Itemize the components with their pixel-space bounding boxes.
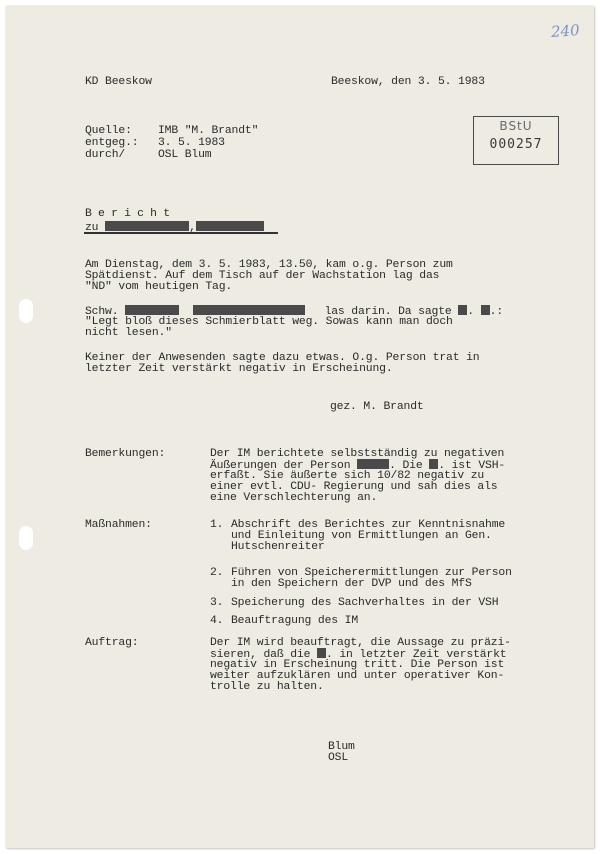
- measure-line: Hutschenreiter: [231, 541, 325, 553]
- by-value: OSL Blum: [158, 149, 211, 161]
- measure-line: Speicherung des Sachverhaltes in der VSH: [231, 597, 498, 609]
- redaction: [193, 305, 305, 315]
- redaction: [317, 648, 326, 658]
- measure-number: 2.: [210, 567, 223, 579]
- para2-line: nicht lesen.": [85, 327, 172, 339]
- place-date: Beeskow, den 3. 5. 1983: [331, 76, 485, 88]
- punch-hole: [19, 299, 33, 323]
- received-label: entgeg.:: [85, 137, 138, 149]
- source-label: Quelle:: [85, 125, 132, 137]
- assignment-label: Auftrag:: [85, 637, 138, 649]
- stamp-agency: BStU: [474, 119, 558, 133]
- measure-number: 4.: [210, 615, 223, 627]
- redaction: [125, 305, 179, 315]
- measures-label: Maßnahmen:: [85, 519, 152, 531]
- redaction: [105, 221, 189, 231]
- source-value: IMB "M. Brandt": [158, 125, 258, 137]
- redaction: [196, 221, 264, 231]
- redaction: [458, 305, 467, 315]
- assignment-line: trolle zu halten.: [210, 681, 324, 693]
- stamp-number: 000257: [474, 137, 558, 152]
- para3-line: letzter Zeit verstärkt negativ in Ersche…: [85, 363, 393, 375]
- measure-line: Beauftragung des IM: [231, 615, 358, 627]
- para1-line: "ND" vom heutigen Tag.: [85, 281, 232, 293]
- subject-underline: [84, 232, 278, 234]
- sender: KD Beeskow: [85, 76, 152, 88]
- measure-number: 3.: [210, 597, 223, 609]
- remarks-line: eine Verschlechterung an.: [210, 492, 377, 504]
- report-title: Bericht: [85, 208, 176, 220]
- page-number-annotation: 240: [550, 21, 580, 41]
- measure-number: 1.: [210, 519, 223, 531]
- archive-stamp: BStU 000257: [473, 116, 559, 165]
- closing-rank: OSL: [328, 752, 348, 764]
- redaction: [429, 459, 438, 469]
- remarks-label: Bemerkungen:: [85, 448, 165, 460]
- signature: gez. M. Brandt: [330, 401, 424, 413]
- redaction: [357, 459, 389, 469]
- measure-line: in den Speichern der DVP und des MfS: [231, 578, 472, 590]
- punch-hole: [19, 526, 33, 550]
- received-value: 3. 5. 1983: [158, 137, 225, 149]
- by-label: durch/: [85, 149, 125, 161]
- redaction: [481, 305, 490, 315]
